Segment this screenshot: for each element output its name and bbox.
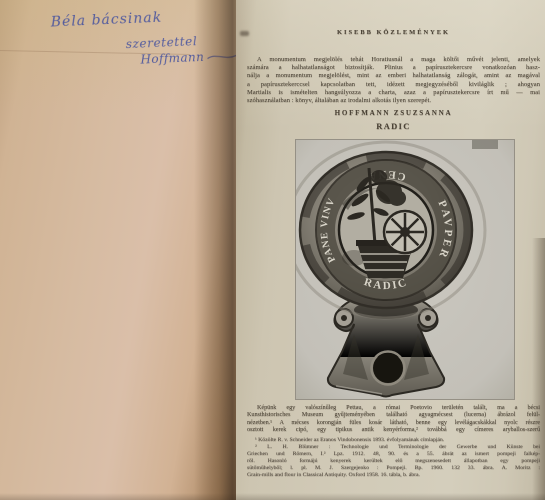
footnote-line: ² L. H. Blümner : Technologie und Termin… xyxy=(247,444,540,451)
lamp-handle xyxy=(328,298,444,397)
footnote-line: Griechen und Römern, I.² Lpz. 1912. 48, … xyxy=(247,451,540,458)
running-header: KISEBB KÖZLEMÉNYEK xyxy=(247,29,540,36)
article-title: RADIC xyxy=(247,122,540,131)
page-bottom-shadow xyxy=(236,493,545,500)
volute-right-dot xyxy=(425,315,431,321)
footnote-line: Grain-mills and flour in Classical Antiq… xyxy=(247,472,540,479)
paragraph-line: számára a halhatatlanságot biztosítják. … xyxy=(247,64,540,72)
book-photo: Béla bácsinak szeretettel Hoffmann KISEB… xyxy=(0,0,545,500)
footnote-line: ről. Hasonló formájú kenyerek kerültek e… xyxy=(247,458,540,465)
paragraph-line: szóhasználatban : könyv, általában az ir… xyxy=(247,97,540,105)
bread-loaf xyxy=(384,211,426,253)
caption-line: osztott kerek cipó, egy tipikus antik ke… xyxy=(247,427,540,434)
lamp-photograph: CENA PAVPER RADIC PANE VINV xyxy=(295,139,515,400)
lamp-illustration: CENA PAVPER RADIC PANE VINV xyxy=(296,140,514,399)
paragraph-line: Martialis is ismételten hangsúlyozza a c… xyxy=(247,89,540,97)
footnote-line: sütőműhelyből; l. pl. M. J. Szergejenko … xyxy=(247,465,540,472)
lamp-disc: CENA PAVPER RADIC PANE VINV xyxy=(300,152,472,308)
volute-left-dot xyxy=(341,315,347,321)
caption-line: Kunsthistorisches Museum gyűjteményében … xyxy=(247,412,540,419)
dedication-line-2: szeretettel xyxy=(126,34,198,51)
paragraph-line: A monumentum megjelölés tehát Horatiusná… xyxy=(247,56,540,64)
paragraph-line: nálja a monumentum megjelölést, mint az … xyxy=(247,72,540,80)
paragraph-line: a papírusztekerccsel kapcsolatban tett, … xyxy=(247,81,540,89)
figure-caption: Képünk egy valószínűleg Pettau, a római … xyxy=(247,405,540,435)
footnotes: ¹ Közölte R. v. Schneider az Eranos Vind… xyxy=(247,437,540,479)
footnote-line: ¹ Közölte R. v. Schneider az Eranos Vind… xyxy=(247,437,540,444)
body-paragraph: A monumentum megjelölés tehát Horatiusná… xyxy=(247,56,540,105)
filling-hole xyxy=(373,353,403,383)
photo-corner-smudge xyxy=(472,140,498,149)
article-author: HOFFMANN ZSUZSANNA xyxy=(247,109,540,117)
dedication-line-1: Béla bácsinak xyxy=(50,10,162,31)
